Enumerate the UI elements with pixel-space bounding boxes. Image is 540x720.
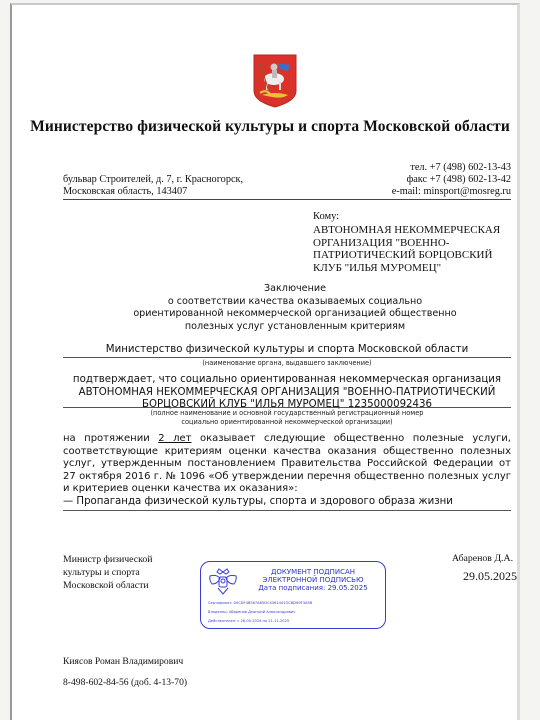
double-headed-eagle-icon	[206, 566, 240, 596]
stamp-owner: Владелец: Абаренов Дмитрий Александрович	[208, 610, 295, 614]
conclusion-line: о соответствии качества оказываемых соци…	[130, 296, 460, 309]
position-line: культуры и спорта	[63, 566, 153, 579]
organization-name-line: АВТОНОМНАЯ НЕКОММЕРЧЕСКАЯ ОРГАНИЗАЦИЯ "В…	[63, 387, 511, 400]
organization-statement: подтверждает, что социально ориентирован…	[63, 374, 511, 412]
ministry-contacts: тел. +7 (498) 602-13-43 факс +7 (498) 60…	[392, 162, 511, 198]
caption-line: социально ориентированной некоммерческой…	[63, 418, 511, 427]
stamp-heading: ДОКУМЕНТ ПОДПИСАН ЭЛЕКТРОННОЙ ПОДПИСЬЮ Д…	[241, 568, 385, 593]
organization-caption: (полное наименование и основной государс…	[63, 409, 511, 427]
conclusion-title: Заключение о соответствии качества оказы…	[130, 283, 460, 333]
electronic-signature-stamp: ДОКУМЕНТ ПОДПИСАН ЭЛЕКТРОННОЙ ПОДПИСЬЮ Д…	[200, 561, 386, 629]
address-line: Московская область, 143407	[63, 186, 243, 198]
executor-phone: 8-498-602-84-56 (доб. 4-13-70)	[63, 677, 187, 688]
recipient-line: АВТОНОМНАЯ НЕКОММЕРЧЕСКАЯ	[313, 224, 500, 237]
ministry-address: бульвар Строителей, д. 7, г. Красногорск…	[63, 174, 243, 198]
recipient-line: ПАТРИОТИЧЕСКИЙ БОРЦОВСКИЙ	[313, 249, 500, 262]
stamp-signing-date: Дата подписания: 29.05.2025	[241, 584, 385, 592]
phone-number: тел. +7 (498) 602-13-43	[392, 162, 511, 174]
issuer-underline	[63, 357, 511, 358]
executor-name: Киясов Роман Владимирович	[63, 656, 183, 667]
organization-underline	[63, 407, 511, 408]
ministry-title: Министерство физической культуры и спорт…	[0, 118, 540, 136]
statement-line: подтверждает, что социально ориентирован…	[63, 374, 511, 387]
stamp-validity: Действителен: с 28-05-2024 по 21-11-2025	[208, 619, 289, 623]
recipient-label: Кому:	[313, 211, 500, 224]
service-item: — Пропаганда физической культуры, спорта…	[63, 496, 511, 507]
recipient-line: ОРГАНИЗАЦИЯ "ВОЕННО-	[313, 237, 500, 250]
position-line: Министр физической	[63, 553, 153, 566]
conclusion-heading: Заключение	[130, 283, 460, 296]
body-prefix: на протяжении	[63, 433, 158, 444]
stamp-certificate: Сертификат: 00CDF4B587A65DC4361441OCBD69…	[208, 601, 312, 605]
caption-line: (полное наименование и основной государс…	[63, 409, 511, 418]
conclusion-line: ориентированной некоммерческой организац…	[130, 308, 460, 321]
stamp-line: ДОКУМЕНТ ПОДПИСАН	[241, 568, 385, 576]
recipient-line: КЛУБ "ИЛЬЯ МУРОМЕЦ"	[313, 262, 500, 275]
conclusion-line: полезных услуг установленным критериям	[130, 321, 460, 334]
body-paragraph: на протяжении 2 лет оказывает следующие …	[63, 433, 511, 496]
header-divider	[63, 199, 511, 200]
issuer-caption: (наименование органа, выдавшего заключен…	[63, 359, 511, 367]
address-line: бульвар Строителей, д. 7, г. Красногорск…	[63, 174, 243, 186]
signing-date: 29.05.2025	[463, 569, 517, 584]
fax-number: факс +7 (498) 602-13-42	[392, 174, 511, 186]
stamp-line: ЭЛЕКТРОННОЙ ПОДПИСЬЮ	[241, 576, 385, 584]
recipient-block: Кому: АВТОНОМНАЯ НЕКОММЕРЧЕСКАЯ ОРГАНИЗА…	[313, 211, 500, 275]
coat-of-arms-icon	[252, 53, 298, 108]
signer-name: Абаренов Д.А.	[452, 553, 513, 564]
duration-value: 2 лет	[158, 433, 191, 444]
position-line: Московской области	[63, 579, 153, 592]
email-address: e-mail: minsport@mosreg.ru	[392, 186, 511, 198]
issuer-name: Министерство физической культуры и спорт…	[63, 344, 511, 355]
service-underline	[63, 510, 511, 511]
signer-position: Министр физической культуры и спорта Мос…	[63, 553, 153, 592]
